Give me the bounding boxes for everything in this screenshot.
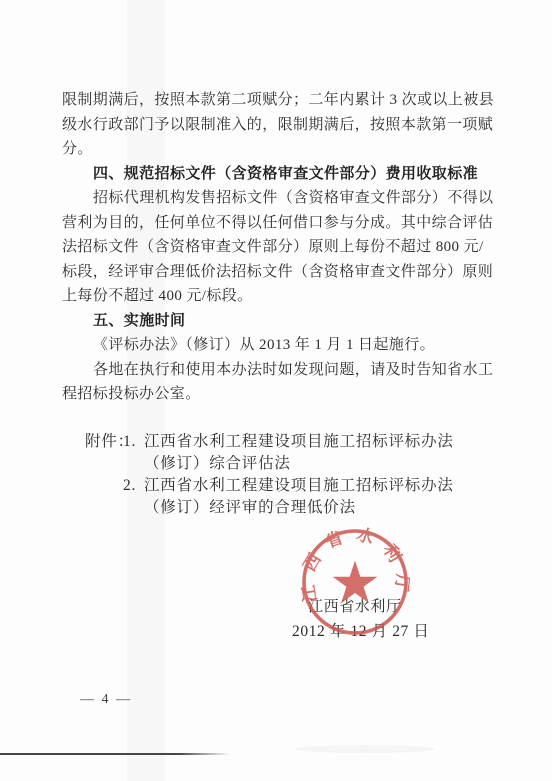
- attachment-title: 江西省水利工程建设项目施工招标评标办法: [144, 433, 454, 450]
- attachment-title-cont: （修订）经评审的合理低价法: [85, 497, 454, 519]
- body-line: 《评标办法》（修订）从 2013 年 1 月 1 日起施行。: [62, 333, 502, 358]
- attachment-list: 附件：1.江西省水利工程建设项目施工招标评标办法 （修订）综合评估法 2.江西省…: [85, 431, 454, 519]
- attachment-number: 2.: [123, 475, 144, 497]
- seal-star-icon: [333, 561, 378, 604]
- body-line: 程招标投标办公室。: [62, 382, 502, 407]
- document-page: 限制期满后，按照本款第二项赋分；二年内累计 3 次或以上被县级水行政部门予以限制…: [0, 0, 552, 781]
- attachment-title-cont: （修订）综合评估法: [85, 453, 454, 475]
- body-text: 限制期满后，按照本款第二项赋分；二年内累计 3 次或以上被县级水行政部门予以限制…: [62, 88, 502, 407]
- attachment-line: 2.江西省水利工程建设项目施工招标评标办法: [85, 475, 454, 497]
- body-line: 招标代理机构发售招标文件（含资格审查文件部分）不得以: [62, 186, 502, 211]
- body-line: 上每份不超过 400 元/标段。: [62, 284, 502, 309]
- official-seal: 江西省水利厅: [300, 527, 410, 637]
- attachment-title: 江西省水利工程建设项目施工招标评标办法: [144, 477, 454, 494]
- page-number: — 4 —: [80, 692, 132, 708]
- body-line: 五、实施时间: [62, 309, 502, 334]
- body-line: 四、规范招标文件（含资格审查文件部分）费用收取标准: [62, 162, 502, 187]
- body-line: 级水行政部门予以限制准入的，限制期满后，按照本款第一项赋: [62, 113, 502, 138]
- body-line: 法招标文件（含资格审查文件部分）原则上每份不超过 800 元/: [62, 235, 502, 260]
- attachment-label: 附件：: [85, 431, 123, 453]
- body-line: 限制期满后，按照本款第二项赋分；二年内累计 3 次或以上被县: [62, 88, 502, 113]
- body-line: 营利为目的，任何单位不得以任何借口参与分成。其中综合评估: [62, 211, 502, 236]
- body-line: 各地在执行和使用本办法时如发现问题，请及时告知省水工: [62, 358, 502, 383]
- scan-artifact-smudge: [295, 745, 435, 753]
- body-line: 标段，经评审合理低价法招标文件（含资格审查文件部分）原则: [62, 260, 502, 285]
- scan-artifact-bottom-line: [0, 753, 230, 755]
- attachment-line: 附件：1.江西省水利工程建设项目施工招标评标办法: [85, 431, 454, 453]
- body-line: 分。: [62, 137, 502, 162]
- attachment-number: 1.: [123, 431, 144, 453]
